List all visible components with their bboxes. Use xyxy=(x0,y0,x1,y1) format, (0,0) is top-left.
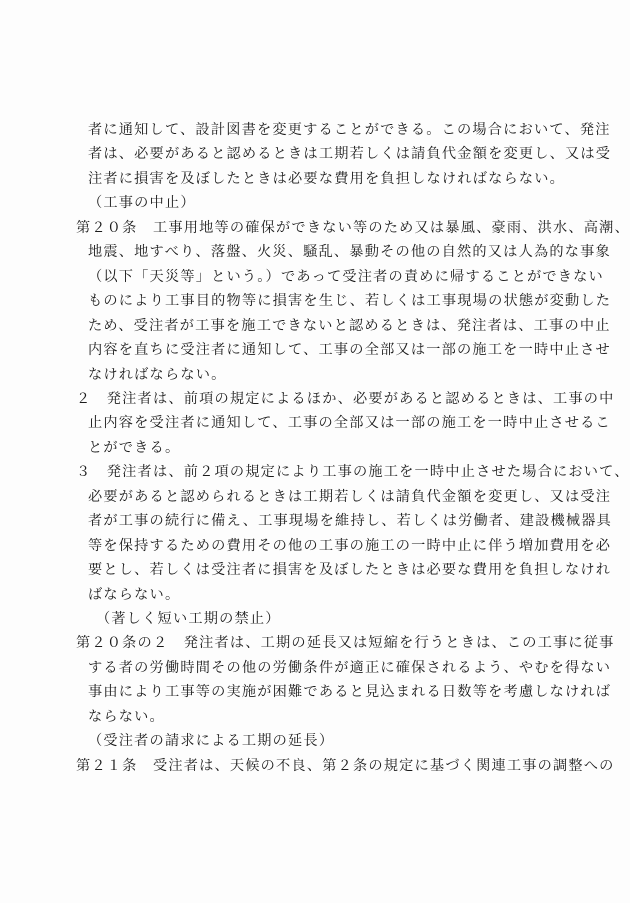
article-heading-line: 第２０条の２ 発注者は、工期の延長又は短縮を行うときは、この工事に従事 xyxy=(76,631,615,655)
body-line: ばならない。 xyxy=(88,583,180,607)
caption-line: （工事の中止） xyxy=(88,191,196,215)
body-line: する者の労働時間その他の労働条件が適正に確保されるよう、やむを得ない xyxy=(88,656,611,680)
article-heading-line: 第２１条 受注者は、天候の不良、第２条の規定に基づく関連工事の調整への xyxy=(76,754,615,778)
body-line: 等を保持するための費用その他の工事の施工の一時中止に伴う増加費用を必 xyxy=(88,534,611,558)
document-page: 者に通知して、設計図書を変更することができる。この場合において、発注者は、必要が… xyxy=(0,0,630,903)
body-line: ものにより工事目的物等に損害を生じ、若しくは工事現場の状態が変動した xyxy=(88,289,611,313)
body-line: とができる。 xyxy=(88,436,180,460)
body-line: 地震、地すべり、落盤、火災、騒乱、暴動その他の自然的又は人為的な事象 xyxy=(88,240,611,264)
body-line: 注者に損害を及ぼしたときは必要な費用を負担しなければならない。 xyxy=(88,167,565,191)
body-line: 者は、必要があると認めるときは工期若しくは請負代金額を変更し、又は受 xyxy=(88,142,611,166)
article-heading-line: ２ 発注者は、前項の規定によるほか、必要があると認めるときは、工事の中 xyxy=(76,387,615,411)
body-line: 内容を直ちに受注者に通知して、工事の全部又は一部の施工を一時中止させ xyxy=(88,338,611,362)
body-line: ならない。 xyxy=(88,705,165,729)
body-line: 者に通知して、設計図書を変更することができる。この場合において、発注 xyxy=(88,118,611,142)
article-heading-line: ３ 発注者は、前２項の規定により工事の施工を一時中止させた場合において、 xyxy=(76,460,630,484)
body-line: なければならない。 xyxy=(88,363,227,387)
article-heading-line: 第２０条 工事用地等の確保ができない等のため又は暴風、豪雨、洪水、高潮、 xyxy=(76,216,630,240)
body-line: 事由により工事等の実施が困難であると見込まれる日数等を考慮しなければ xyxy=(88,680,611,704)
caption-line: （受注者の請求による工期の延長） xyxy=(88,729,334,753)
body-line: 止内容を受注者に通知して、工事の全部又は一部の施工を一時中止させるこ xyxy=(88,411,611,435)
body-line: ため、受注者が工事を施工できないと認めるときは、発注者は、工事の中止 xyxy=(88,314,611,338)
body-line: 要とし、若しくは受注者に損害を及ぼしたときは必要な費用を負担しなけれ xyxy=(88,558,611,582)
body-line: 必要があると認められるときは工期若しくは請負代金額を変更し、又は受注 xyxy=(88,485,611,509)
body-line: 者が工事の続行に備え、工事現場を維持し、若しくは労働者、建設機械器具 xyxy=(88,509,612,533)
caption-line: （著しく短い工期の禁止） xyxy=(96,607,281,631)
body-line: （以下「天災等」という。）であって受注者の責めに帰することができない xyxy=(88,265,604,289)
